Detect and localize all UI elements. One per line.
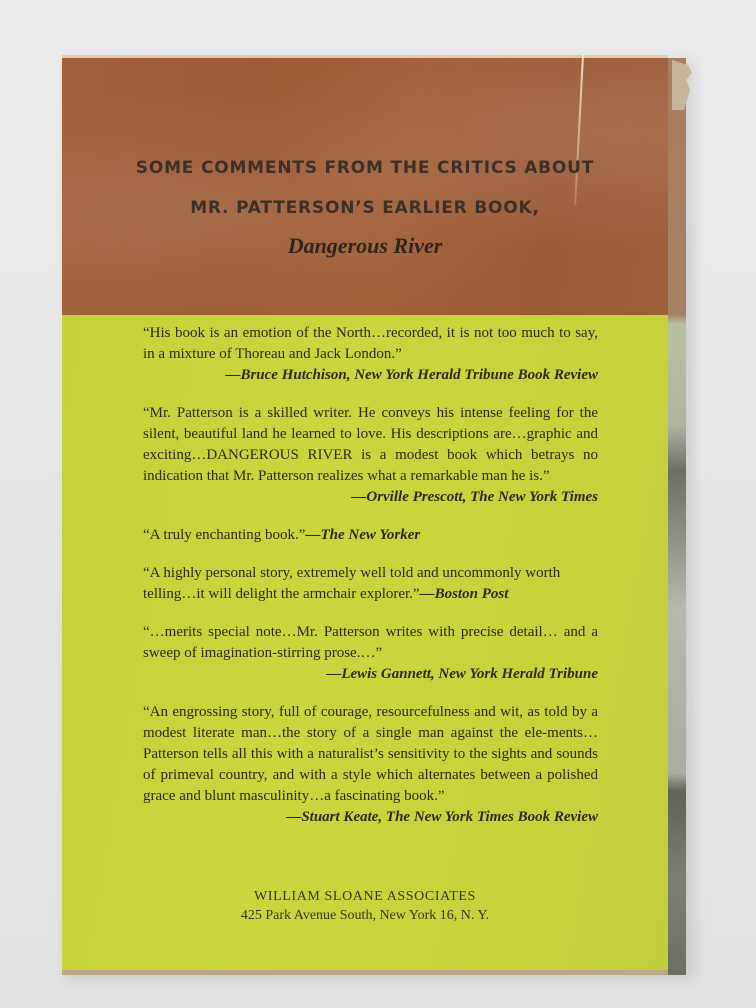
quote-text: “…merits special note…Mr. Patterson writ… (143, 622, 598, 664)
critic-quotes: “His book is an emotion of the North…rec… (143, 323, 598, 845)
quote-attribution: —Boston Post (420, 586, 509, 602)
quote-6: “An engrossing story, full of courage, r… (143, 702, 598, 828)
quote-text: “A truly enchanting book.” (143, 527, 305, 543)
publisher-imprint: WILLIAM SLOANE ASSOCIATES 425 Park Avenu… (62, 887, 668, 925)
quote-attribution: —Stuart Keate, The New York Times Book R… (143, 807, 598, 828)
quote-1: “His book is an emotion of the North…rec… (143, 323, 598, 386)
quote-attribution: —Lewis Gannett, New York Herald Tribune (143, 664, 598, 685)
header-line-2: MR. PATTERSON’S EARLIER BOOK, (62, 198, 668, 218)
quote-text: “Mr. Patterson is a skilled writer. He c… (143, 403, 598, 487)
book-spine-edge (668, 58, 686, 975)
quote-attribution: —The New Yorker (305, 527, 420, 543)
jacket-bottom-edge (62, 970, 668, 975)
header-line-1: SOME COMMENTS FROM THE CRITICS ABOUT (62, 158, 668, 178)
quote-attribution: —Bruce Hutchison, New York Herald Tribun… (143, 365, 598, 386)
quote-3: “A truly enchanting book.”—The New Yorke… (143, 525, 598, 546)
book-jacket-back: SOME COMMENTS FROM THE CRITICS ABOUT MR.… (62, 55, 668, 975)
quote-attribution: —Orville Prescott, The New York Times (143, 487, 598, 508)
book-title: Dangerous River (62, 233, 668, 259)
publisher-name: WILLIAM SLOANE ASSOCIATES (62, 887, 668, 906)
header: SOME COMMENTS FROM THE CRITICS ABOUT MR.… (62, 55, 668, 315)
quote-text: “An engrossing story, full of courage, r… (143, 702, 598, 807)
quote-5: “…merits special note…Mr. Patterson writ… (143, 622, 598, 685)
quote-text: “His book is an emotion of the North…rec… (143, 323, 598, 365)
quote-2: “Mr. Patterson is a skilled writer. He c… (143, 403, 598, 508)
publisher-address: 425 Park Avenue South, New York 16, N. Y… (62, 906, 668, 925)
quote-4: “A highly personal story, extremely well… (143, 563, 598, 605)
